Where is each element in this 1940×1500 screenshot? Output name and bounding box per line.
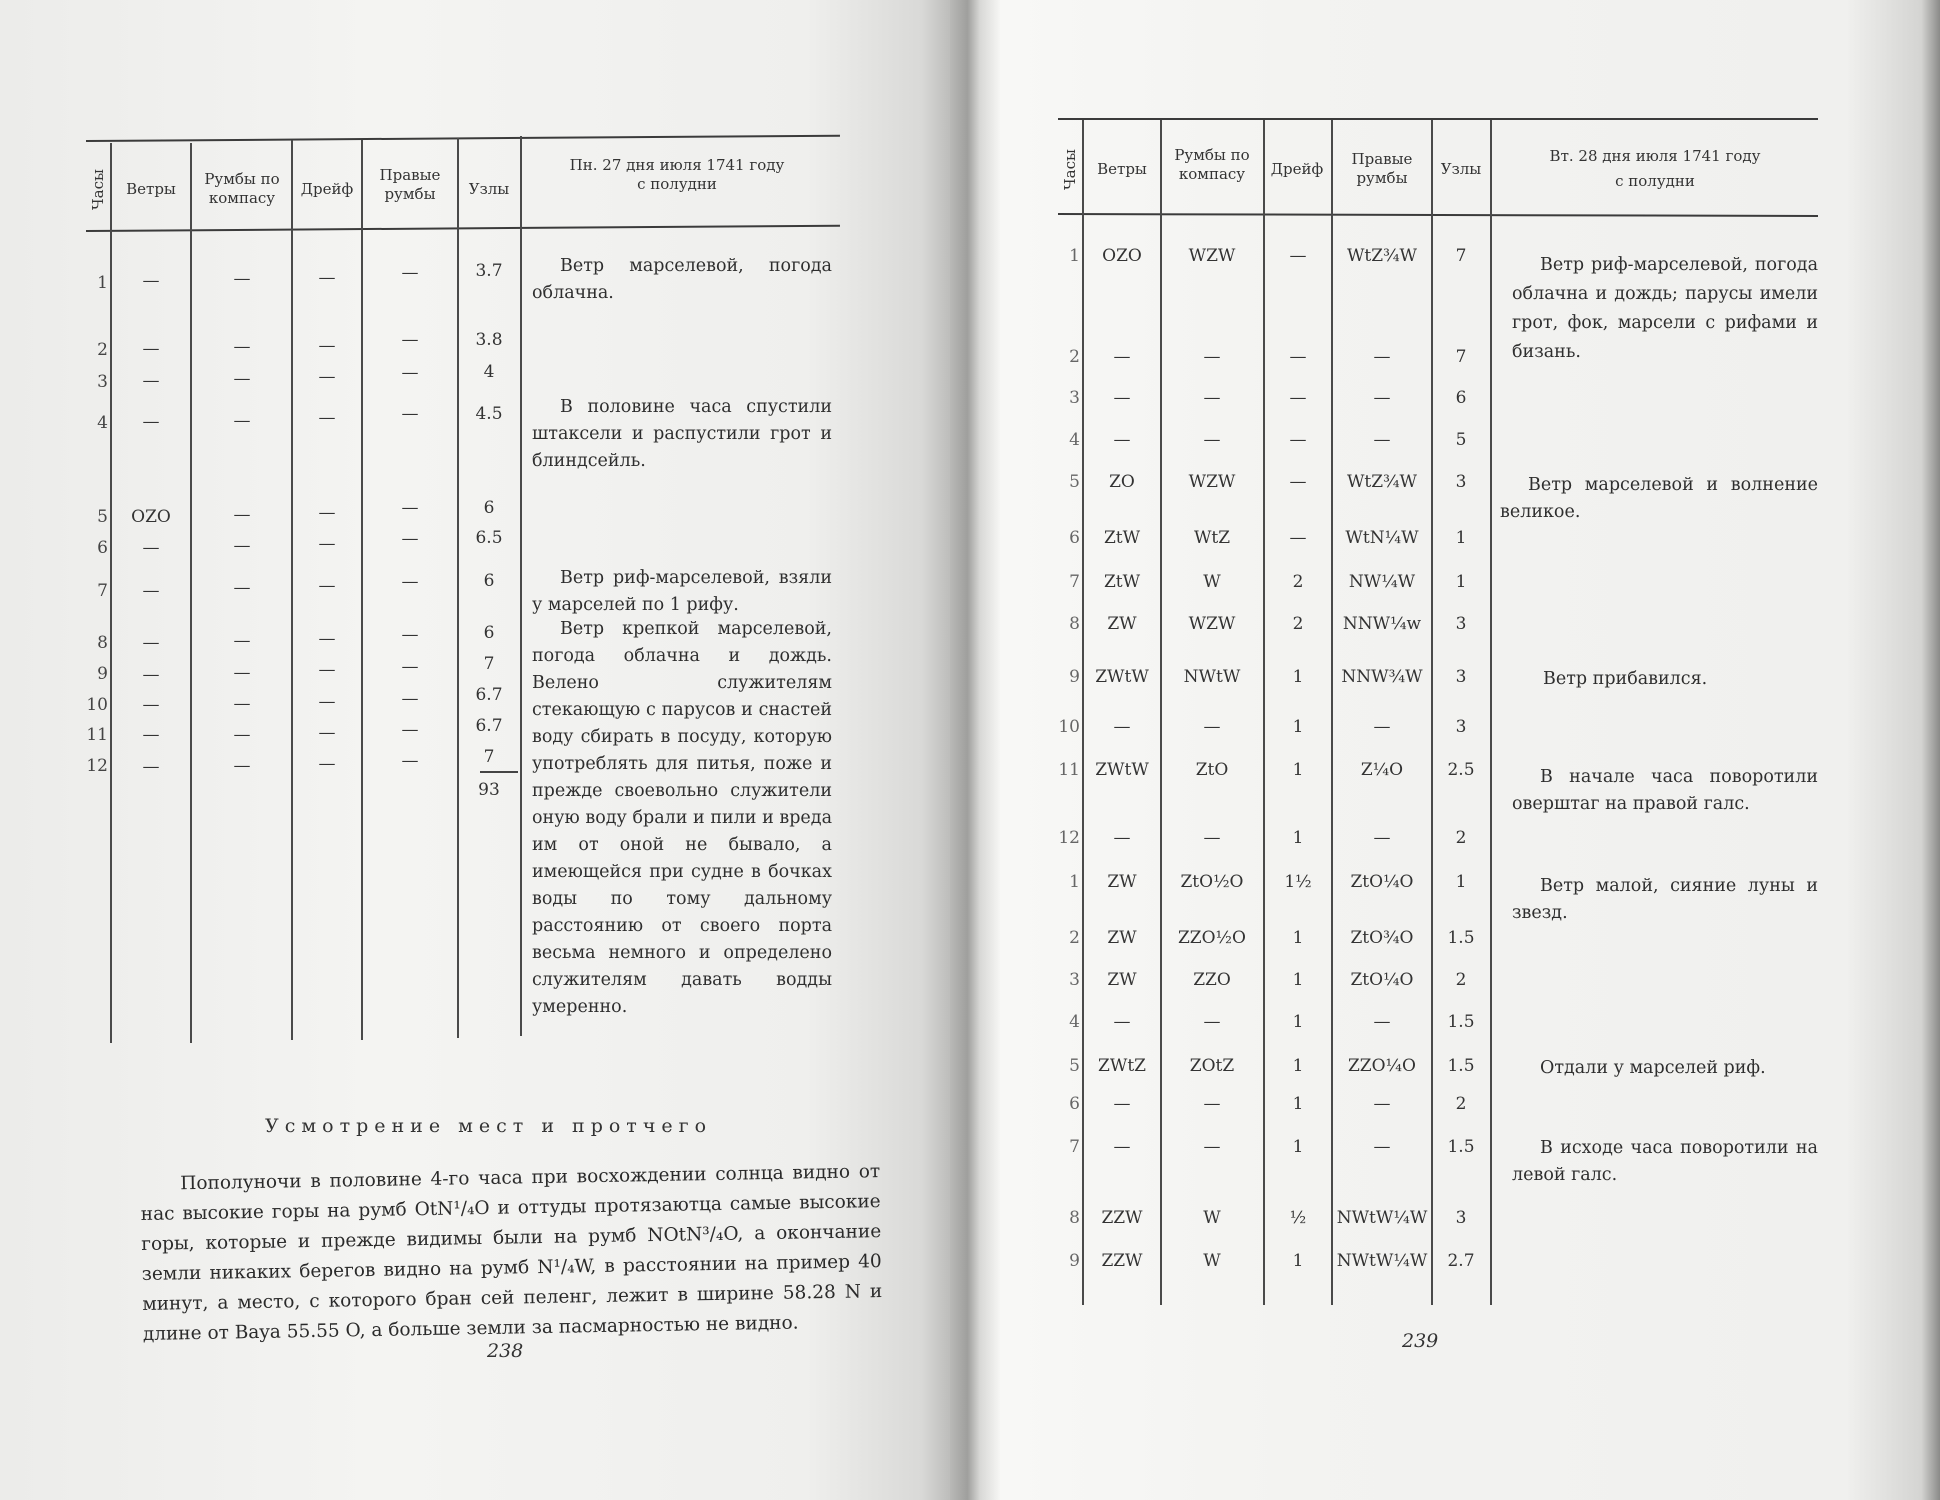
row-knots: 6 xyxy=(459,571,519,591)
note: Ветр марселевой, погода облачна. xyxy=(532,253,832,307)
row-true: WtZ¾W xyxy=(1333,472,1431,492)
row-drift: 1 xyxy=(1265,970,1331,990)
row-compass: ZZO½O xyxy=(1162,928,1262,948)
row-compass: ZtO½O xyxy=(1162,872,1262,892)
right-page: Часы Ветры Румбы по компасу Дрейф Правые… xyxy=(1000,0,1940,1500)
row-wind: — xyxy=(1084,717,1160,737)
date-line-2: с полудни xyxy=(637,175,717,194)
row-wind: ZW xyxy=(1084,614,1160,634)
row-compass: WZW xyxy=(1162,246,1262,266)
row-drift: 1 xyxy=(1265,667,1331,687)
date-line-2: с полудни xyxy=(1615,172,1695,191)
note: Ветр риф-марселевой, погода облачна и до… xyxy=(1512,251,1818,367)
row-true: — xyxy=(1333,1012,1431,1032)
row-hour: 8 xyxy=(1058,1208,1080,1228)
note: Ветр марселевой и волнение великое. xyxy=(1500,472,1818,526)
row-true: NW¼W xyxy=(1333,572,1431,592)
row-compass: — xyxy=(196,337,288,357)
note: Ветр риф-марселевой, взяли у марселей по… xyxy=(532,565,832,619)
row-knots: 2 xyxy=(1432,970,1490,990)
row-hour: 2 xyxy=(1058,347,1080,367)
row-knots: 2.5 xyxy=(1432,760,1490,780)
row-compass: — xyxy=(196,269,288,289)
row-knots: 1.5 xyxy=(1432,1137,1490,1157)
row-drift: 1 xyxy=(1265,1137,1331,1157)
row-hour: 1 xyxy=(1058,872,1080,892)
row-drift: — xyxy=(1265,472,1331,492)
row-compass: — xyxy=(1162,347,1262,367)
row-hour: 3 xyxy=(92,372,108,392)
row-knots: 4 xyxy=(459,362,519,382)
row-compass: — xyxy=(196,505,288,525)
col-rule xyxy=(1331,120,1333,1305)
row-true: — xyxy=(1333,828,1431,848)
row-knots: 3 xyxy=(1432,717,1490,737)
row-hour: 7 xyxy=(92,581,108,601)
row-drift: — xyxy=(293,408,361,428)
row-compass: — xyxy=(1162,1012,1262,1032)
row-wind: — xyxy=(112,371,190,391)
col-rule xyxy=(1490,120,1492,1305)
header-compass-rhumbs: Румбы по компасу xyxy=(196,150,288,228)
row-true: NWtW¼W xyxy=(1333,1208,1431,1228)
row-drift: — xyxy=(293,754,361,774)
row-drift: 1 xyxy=(1265,1056,1331,1076)
row-wind: — xyxy=(1084,1094,1160,1114)
table-header-rule xyxy=(1058,213,1818,217)
row-drift: — xyxy=(1265,347,1331,367)
date-line-1: Пн. 27 дня июля 1741 году xyxy=(570,156,785,175)
row-hour: 5 xyxy=(1058,1056,1080,1076)
row-wind: — xyxy=(112,695,190,715)
row-compass: W xyxy=(1162,1251,1262,1271)
row-true: — xyxy=(366,625,454,645)
header-drift: Дрейф xyxy=(293,150,361,228)
row-true: — xyxy=(1333,1137,1431,1157)
left-page: Часы Ветры Румбы по компасу Дрейф Правые… xyxy=(0,0,950,1500)
row-compass: — xyxy=(1162,1094,1262,1114)
row-knots: 3.8 xyxy=(459,330,519,350)
row-hour: 5 xyxy=(92,507,108,527)
note: Ветр прибавился. xyxy=(1515,666,1821,693)
row-drift: 1 xyxy=(1265,928,1331,948)
row-wind: — xyxy=(1084,388,1160,408)
row-compass: — xyxy=(196,369,288,389)
row-true: — xyxy=(366,363,454,383)
row-hour: 6 xyxy=(92,538,108,558)
col-rule xyxy=(361,140,363,1040)
row-compass: — xyxy=(1162,388,1262,408)
row-true: ZtO¼O xyxy=(1333,872,1431,892)
row-wind: OZO xyxy=(112,507,190,527)
header-knots: Узлы xyxy=(459,150,519,228)
row-knots: 3 xyxy=(1432,472,1490,492)
row-compass: WZW xyxy=(1162,614,1262,634)
row-compass: ZZO xyxy=(1162,970,1262,990)
row-drift: — xyxy=(1265,430,1331,450)
col-rule xyxy=(520,136,522,1036)
row-wind: ZtW xyxy=(1084,572,1160,592)
row-knots: 1 xyxy=(1432,872,1490,892)
row-knots: 7 xyxy=(1432,246,1490,266)
header-date: Пн. 27 дня июля 1741 году с полудни xyxy=(522,140,832,210)
row-wind: — xyxy=(112,412,190,432)
row-true: — xyxy=(1333,347,1431,367)
row-compass: — xyxy=(1162,717,1262,737)
row-true: WtN¼W xyxy=(1333,528,1431,548)
row-drift: — xyxy=(293,534,361,554)
note: Отдали у марселей риф. xyxy=(1512,1055,1818,1082)
row-drift: — xyxy=(293,268,361,288)
row-true: NNW¾W xyxy=(1333,667,1431,687)
row-compass: ZOtZ xyxy=(1162,1056,1262,1076)
row-compass: — xyxy=(1162,1137,1262,1157)
row-compass: — xyxy=(196,756,288,776)
row-wind: ZWtW xyxy=(1084,667,1160,687)
row-wind: — xyxy=(1084,1012,1160,1032)
note: В половине часа спустили штаксели и расп… xyxy=(532,394,832,475)
row-wind: ZW xyxy=(1084,872,1160,892)
page-number: 238 xyxy=(487,1340,523,1362)
row-wind: ZO xyxy=(1084,472,1160,492)
row-true: — xyxy=(1333,1094,1431,1114)
row-drift: — xyxy=(1265,246,1331,266)
col-rule xyxy=(1082,120,1084,1305)
row-true: ZtO¾O xyxy=(1333,928,1431,948)
row-compass: ZtO xyxy=(1162,760,1262,780)
row-hour: 1 xyxy=(92,273,108,293)
page-number: 239 xyxy=(1402,1330,1438,1352)
row-hour: 2 xyxy=(92,340,108,360)
note: Ветр малой, сияние луны и звезд. xyxy=(1512,873,1818,927)
row-knots: 2 xyxy=(1432,828,1490,848)
note: В исходе часа поворотили на левой галс. xyxy=(1512,1135,1818,1189)
row-hour: 12 xyxy=(84,756,108,776)
row-compass: — xyxy=(196,631,288,651)
row-hour: 1 xyxy=(1058,246,1080,266)
row-hour: 4 xyxy=(92,413,108,433)
row-hour: 5 xyxy=(1058,472,1080,492)
row-compass: — xyxy=(1162,430,1262,450)
row-wind: — xyxy=(1084,828,1160,848)
row-compass: — xyxy=(196,694,288,714)
row-true: — xyxy=(366,529,454,549)
note: Ветр крепкой марселевой, погода облачна … xyxy=(532,616,832,1021)
row-true: — xyxy=(1333,717,1431,737)
table-top-rule xyxy=(1058,118,1818,120)
row-knots: 3 xyxy=(1432,1208,1490,1228)
row-knots: 7 xyxy=(459,747,519,767)
header-winds: Ветры xyxy=(1084,128,1160,210)
header-date: Вт. 28 дня июля 1741 году с полудни xyxy=(1495,130,1815,208)
row-true: ZtO¼O xyxy=(1333,970,1431,990)
row-hour: 6 xyxy=(1058,528,1080,548)
row-knots: 7 xyxy=(1432,347,1490,367)
row-compass: WZW xyxy=(1162,472,1262,492)
row-compass: W xyxy=(1162,572,1262,592)
row-drift: 1 xyxy=(1265,1012,1331,1032)
row-drift: — xyxy=(293,336,361,356)
row-true: — xyxy=(366,689,454,709)
row-wind: ZW xyxy=(1084,970,1160,990)
row-compass: — xyxy=(1162,828,1262,848)
row-drift: 2 xyxy=(1265,614,1331,634)
row-hour: 10 xyxy=(1058,717,1080,737)
row-knots: 6 xyxy=(1432,388,1490,408)
row-knots: 7 xyxy=(459,654,519,674)
header-knots: Узлы xyxy=(1432,128,1490,210)
row-knots: 3 xyxy=(1432,667,1490,687)
row-drift: 1 xyxy=(1265,1251,1331,1271)
header-hours: Часы xyxy=(86,150,110,228)
row-drift: 2 xyxy=(1265,572,1331,592)
row-knots: 3 xyxy=(1432,614,1490,634)
row-compass: — xyxy=(196,578,288,598)
header-hours: Часы xyxy=(1058,128,1082,210)
row-knots: 1.5 xyxy=(1432,1056,1490,1076)
row-hour: 10 xyxy=(84,695,108,715)
sum-rule xyxy=(480,771,518,773)
section-text: Пополуночи в половине 4-го часа при восх… xyxy=(140,1157,883,1350)
col-rule xyxy=(1431,120,1433,1305)
row-hour: 9 xyxy=(1058,1251,1080,1271)
row-true: — xyxy=(1333,388,1431,408)
col-rule xyxy=(190,143,192,1043)
date-line-1: Вт. 28 дня июля 1741 году xyxy=(1550,147,1761,166)
row-true: — xyxy=(366,498,454,518)
row-compass: — xyxy=(196,663,288,683)
row-wind: — xyxy=(112,725,190,745)
row-compass: — xyxy=(196,725,288,745)
row-compass: WtZ xyxy=(1162,528,1262,548)
row-wind: — xyxy=(112,633,190,653)
row-wind: ZWtZ xyxy=(1084,1056,1160,1076)
row-hour: 9 xyxy=(1058,667,1080,687)
row-drift: ½ xyxy=(1265,1208,1331,1228)
total-knots: 93 xyxy=(459,780,519,800)
row-knots: 6.7 xyxy=(459,685,519,705)
row-wind: — xyxy=(112,538,190,558)
row-true: — xyxy=(366,404,454,424)
header-true-rhumbs: Правые румбы xyxy=(1336,128,1428,210)
row-drift: 1½ xyxy=(1265,872,1331,892)
row-hour: 4 xyxy=(1058,430,1080,450)
row-drift: 1 xyxy=(1265,760,1331,780)
row-drift: — xyxy=(293,692,361,712)
row-hour: 7 xyxy=(1058,572,1080,592)
row-hour: 4 xyxy=(1058,1012,1080,1032)
row-true: NNW¼w xyxy=(1333,614,1431,634)
row-drift: — xyxy=(293,660,361,680)
row-knots: 1.5 xyxy=(1432,928,1490,948)
row-drift: — xyxy=(293,576,361,596)
row-true: — xyxy=(366,572,454,592)
row-knots: 2 xyxy=(1432,1094,1490,1114)
row-wind: — xyxy=(112,757,190,777)
row-hour: 3 xyxy=(1058,970,1080,990)
row-compass: — xyxy=(196,536,288,556)
col-rule xyxy=(1263,120,1265,1305)
row-true: — xyxy=(1333,430,1431,450)
row-hour: 11 xyxy=(1058,760,1080,780)
row-true: — xyxy=(366,657,454,677)
row-wind: — xyxy=(1084,347,1160,367)
row-hour: 8 xyxy=(92,633,108,653)
row-drift: 1 xyxy=(1265,1094,1331,1114)
row-hour: 11 xyxy=(84,725,108,745)
row-drift: — xyxy=(1265,388,1331,408)
header-true-rhumbs: Правые румбы xyxy=(366,150,454,220)
row-true: Z¼O xyxy=(1333,760,1431,780)
row-true: WtZ¾W xyxy=(1333,246,1431,266)
row-wind: — xyxy=(1084,430,1160,450)
row-wind: ZZW xyxy=(1084,1251,1160,1271)
section-title: Усмотрение мест и протчего xyxy=(265,1115,712,1137)
row-wind: — xyxy=(112,581,190,601)
row-knots: 6 xyxy=(459,498,519,518)
row-hour: 7 xyxy=(1058,1137,1080,1157)
row-knots: 1 xyxy=(1432,572,1490,592)
row-true: ZZO¼O xyxy=(1333,1056,1431,1076)
row-knots: 4.5 xyxy=(459,404,519,424)
row-wind: — xyxy=(1084,1137,1160,1157)
row-drift: — xyxy=(293,367,361,387)
row-true: — xyxy=(366,330,454,350)
col-rule xyxy=(1160,120,1162,1305)
row-true: — xyxy=(366,263,454,283)
row-true: — xyxy=(366,751,454,771)
row-wind: ZWtW xyxy=(1084,760,1160,780)
row-knots: 5 xyxy=(1432,430,1490,450)
header-drift: Дрейф xyxy=(1264,128,1330,210)
row-knots: 3.7 xyxy=(459,261,519,281)
row-hour: 2 xyxy=(1058,928,1080,948)
row-wind: — xyxy=(112,665,190,685)
row-true: — xyxy=(366,720,454,740)
row-wind: OZO xyxy=(1084,246,1160,266)
row-knots: 6 xyxy=(459,623,519,643)
row-knots: 1 xyxy=(1432,528,1490,548)
row-compass: — xyxy=(196,411,288,431)
row-hour: 6 xyxy=(1058,1094,1080,1114)
row-knots: 1.5 xyxy=(1432,1012,1490,1032)
row-compass: NWtW xyxy=(1162,667,1262,687)
book-gutter xyxy=(950,0,1000,1500)
row-drift: 1 xyxy=(1265,717,1331,737)
row-wind: — xyxy=(112,271,190,291)
row-wind: ZZW xyxy=(1084,1208,1160,1228)
row-wind: — xyxy=(112,339,190,359)
row-knots: 2.7 xyxy=(1432,1251,1490,1271)
row-drift: — xyxy=(293,503,361,523)
row-hour: 8 xyxy=(1058,614,1080,634)
row-knots: 6.7 xyxy=(459,716,519,736)
note: В начале часа поворотили оверштаг на пра… xyxy=(1512,764,1818,818)
row-compass: W xyxy=(1162,1208,1262,1228)
row-true: NWtW¼W xyxy=(1333,1251,1431,1271)
row-hour: 3 xyxy=(1058,388,1080,408)
header-winds: Ветры xyxy=(112,150,190,228)
row-wind: ZtW xyxy=(1084,528,1160,548)
header-compass-rhumbs: Румбы по компасу xyxy=(1165,124,1259,206)
row-wind: ZW xyxy=(1084,928,1160,948)
row-knots: 6.5 xyxy=(459,528,519,548)
row-hour: 12 xyxy=(1058,828,1080,848)
row-drift: — xyxy=(293,723,361,743)
row-drift: 1 xyxy=(1265,828,1331,848)
row-drift: — xyxy=(293,629,361,649)
row-hour: 9 xyxy=(92,664,108,684)
row-drift: — xyxy=(1265,528,1331,548)
